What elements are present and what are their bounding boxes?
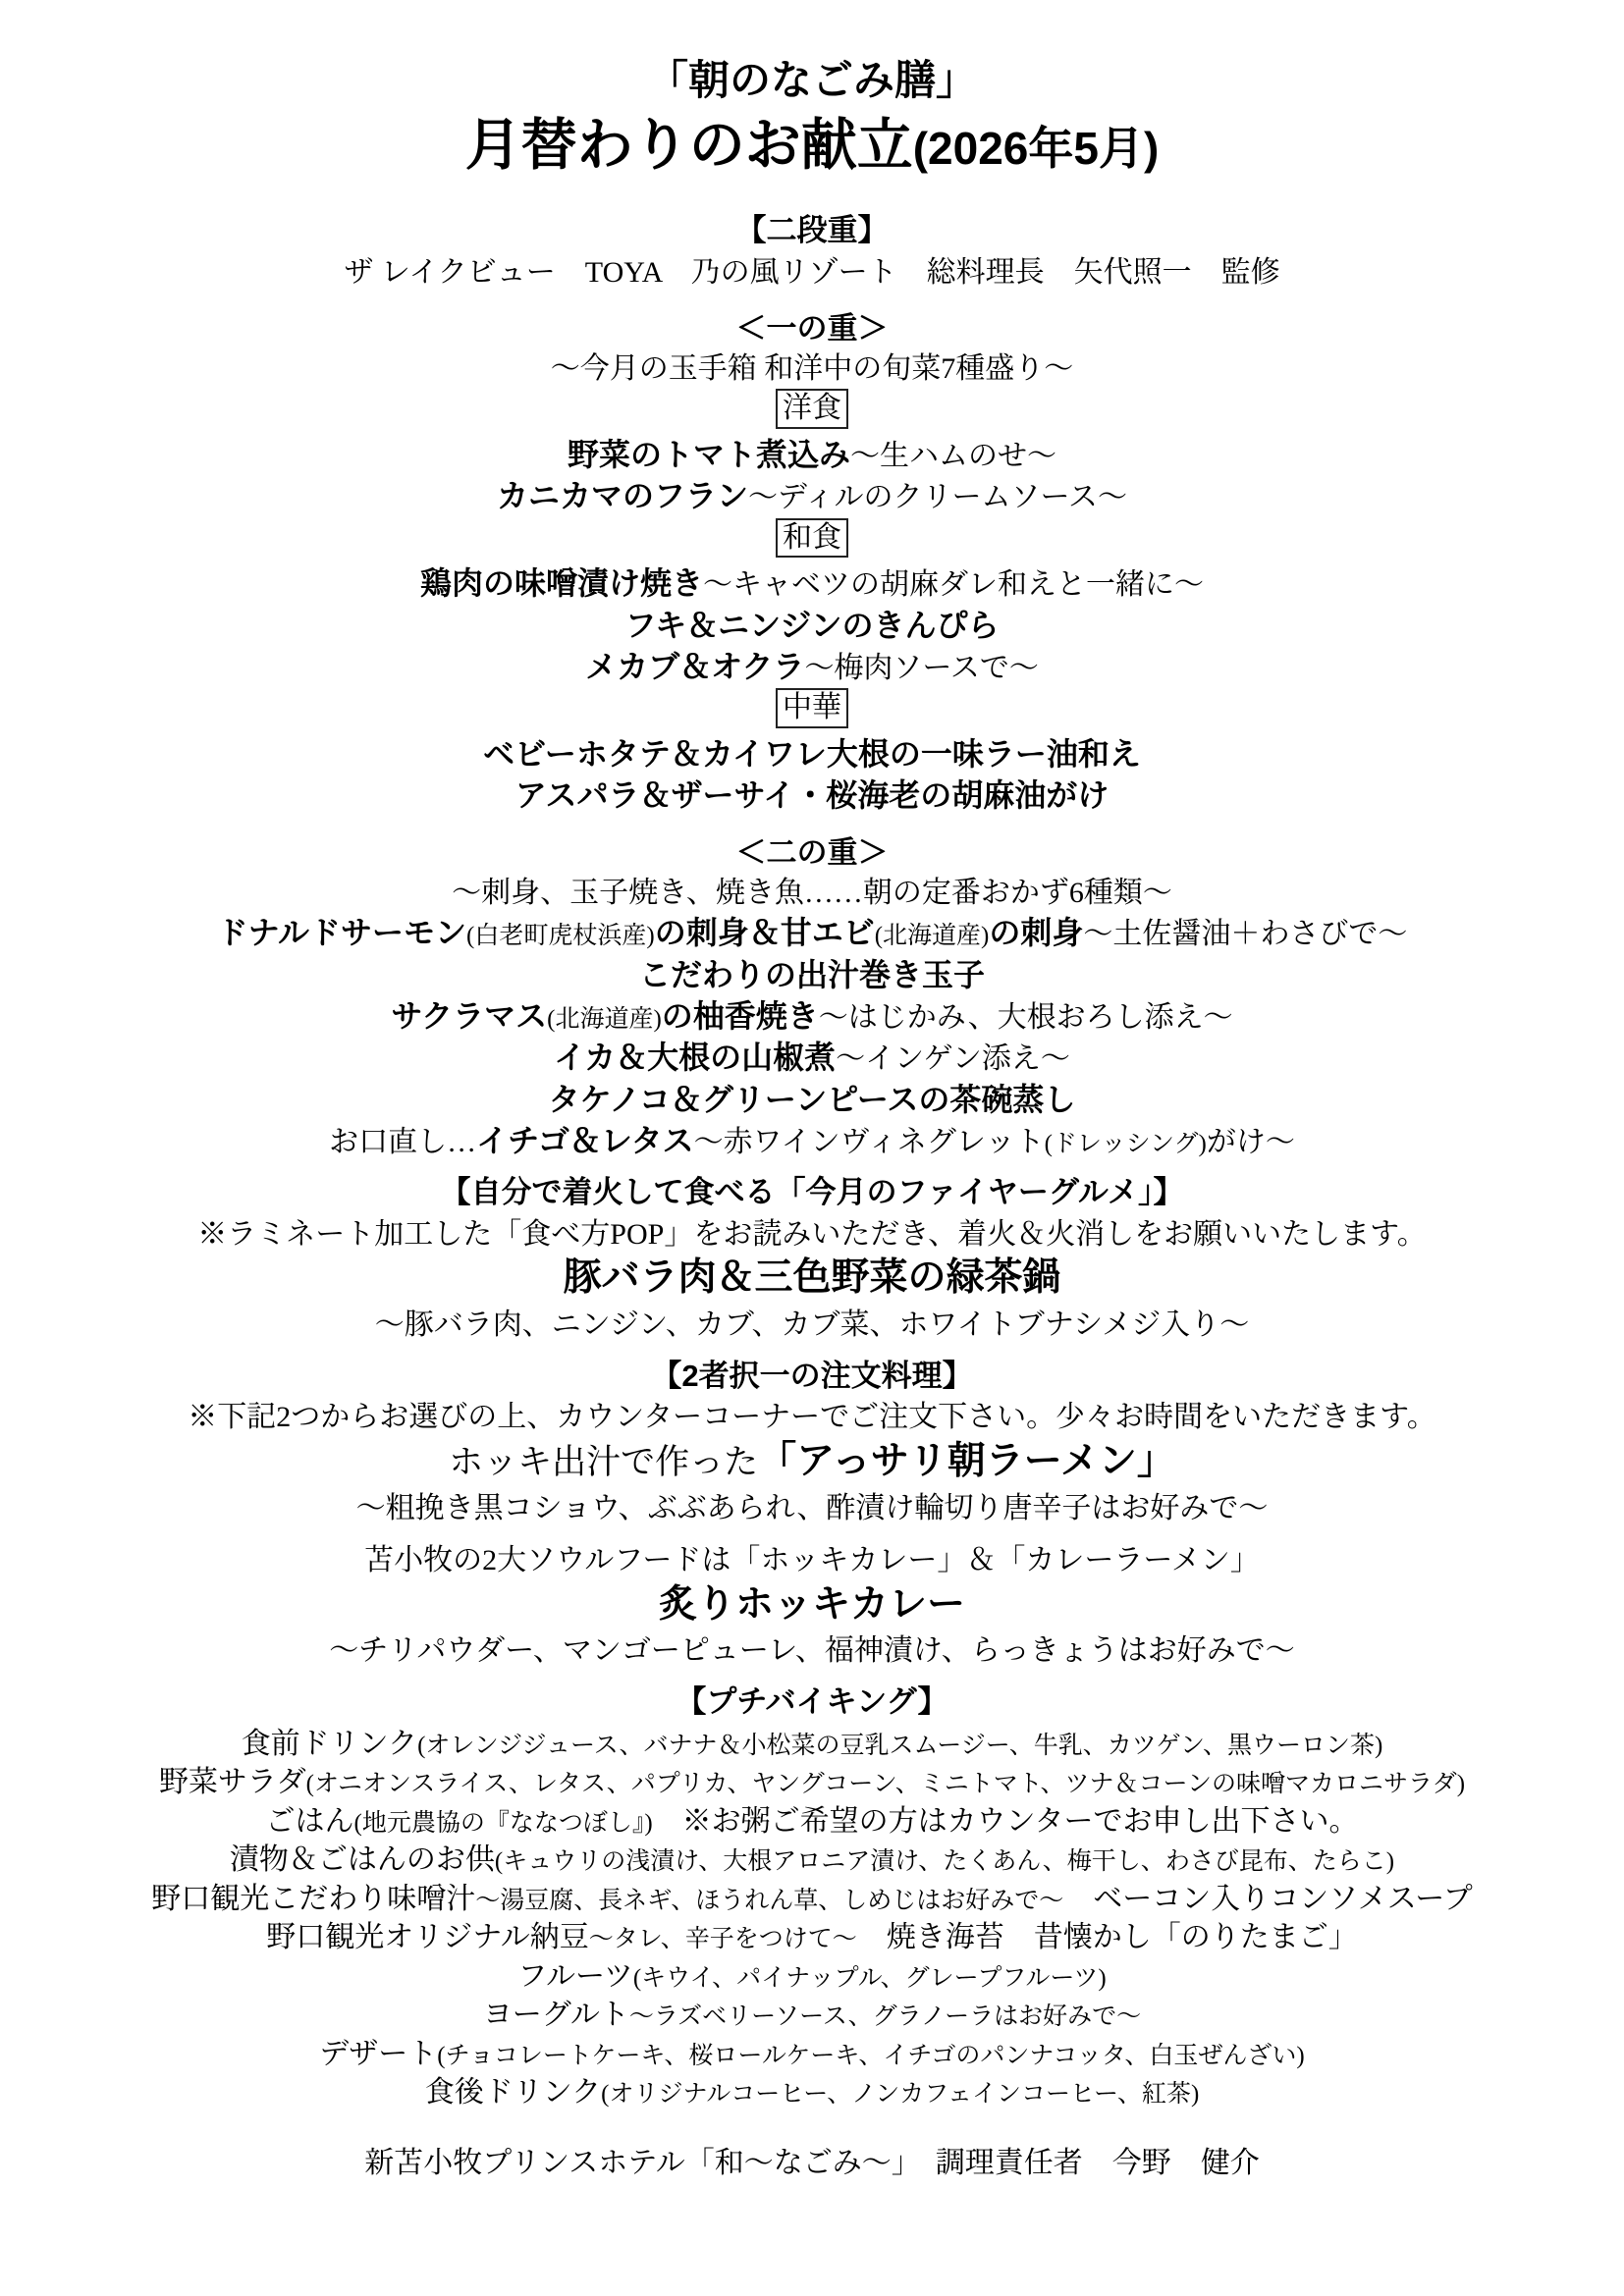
buffet-misoshiru-soup: 野口観光こだわり味噌汁～湯豆腐、長ネギ、ほうれん草、しめじはお好みで～ ベーコン… bbox=[0, 1881, 1624, 1918]
fire-gourmet-note: ※ラミネート加工した「食べ方POP」をお読みいただき、着火＆火消しをお願いいたし… bbox=[0, 1216, 1624, 1254]
text-segment: ～梅肉ソースで～ bbox=[804, 652, 1039, 684]
category-washoku: 和食 bbox=[0, 518, 1624, 559]
text-segment: (オレンジジュース、バナナ＆小松菜の豆乳スムージー、牛乳、カツゲン、黒ウーロン茶… bbox=[417, 1733, 1382, 1759]
text-segment: ～粗挽き黒コショウ、ぶぶあられ、酢漬け輪切り唐辛子はお好みで～ bbox=[356, 1492, 1269, 1524]
ninoju-heading: ＜二の重＞ bbox=[0, 834, 1624, 873]
dish-tomato-nikomi: 野菜のトマト煮込み～生ハムのせ～ bbox=[0, 435, 1624, 475]
text-segment: の刺身＆甘エビ bbox=[655, 915, 875, 950]
text-segment: ～生ハムのせ～ bbox=[850, 440, 1056, 472]
text-segment: 野菜サラダ bbox=[159, 1766, 306, 1798]
text-segment: カニカマのフラン bbox=[497, 478, 748, 513]
text-segment: ～タレ、辛子をつけて～ bbox=[589, 1926, 857, 1952]
fire-gourmet-heading: 【自分で着火して食べる「今月のファイヤーグルメ」】 bbox=[0, 1174, 1624, 1212]
text-segment: (オニオンスライス、レタス、パプリカ、ヤングコーン、ミニトマト、ツナ＆コーンの味… bbox=[306, 1771, 1465, 1797]
text-segment: ～土佐醤油＋わさびで～ bbox=[1083, 918, 1407, 950]
text-segment: 【プチバイキング】 bbox=[676, 1684, 947, 1719]
text-segment: ～豚バラ肉、ニンジン、カブ、カブ菜、ホワイトブナシメジ入り～ bbox=[375, 1308, 1249, 1341]
text-segment: (北海道産) bbox=[875, 923, 990, 949]
assari-ramen-note: ～粗挽き黒コショウ、ぶぶあられ、酢漬け輪切り唐辛子はお好みで～ bbox=[0, 1490, 1624, 1527]
text-segment: の刺身 bbox=[989, 915, 1083, 950]
dish-ichigo-lettuce: お口直し…イチゴ＆レタス～赤ワインヴィネグレット(ドレッシング)がけ～ bbox=[0, 1121, 1624, 1161]
dish-kanikama-flan: カニカマのフラン～ディルのクリームソース～ bbox=[0, 476, 1624, 516]
soulfood-note: 苫小牧の2大ソウルフードは「ホッキカレー」＆「カレーラーメン」 bbox=[0, 1542, 1624, 1579]
text-segment: 鶏肉の味噌漬け焼き bbox=[420, 565, 703, 601]
text-segment: ヨーグルト bbox=[483, 1999, 629, 2031]
text-segment: ベビーホタテ＆カイワレ大根の一味ラー油和え bbox=[483, 736, 1141, 772]
hokki-curry-note: ～チリパウダー、マンゴーピューレ、福神漬け、らっきょうはお好みで～ bbox=[0, 1632, 1624, 1670]
dish-baby-hotate-rayu: ベビーホタテ＆カイワレ大根の一味ラー油和え bbox=[0, 734, 1624, 774]
text-segment: 炙りホッキカレー bbox=[659, 1583, 965, 1626]
text-segment: 【二段重】 bbox=[736, 213, 889, 247]
text-segment: デザート bbox=[319, 2038, 437, 2070]
text-segment: こだわりの出汁巻き玉子 bbox=[639, 957, 985, 992]
dish-takenoko-chawanmushi: タケノコ＆グリーンピースの茶碗蒸し bbox=[0, 1080, 1624, 1119]
ichinoju-subtitle: ～今月の玉手箱 和洋中の旬菜7種盛り～ bbox=[0, 350, 1624, 388]
text-segment: (2026年5月) bbox=[913, 123, 1160, 174]
text-segment: ～ラズベリーソース、グラノーラはお好みで～ bbox=[629, 2003, 1141, 2030]
supervisor-credit: ザ レイクビュー TOYA 乃の風リゾート 総料理長 矢代照一 監修 bbox=[0, 254, 1624, 292]
footer-credit: 新苫小牧プリンスホテル「和～なごみ～」 調理責任者 今野 健介 bbox=[0, 2145, 1624, 2182]
dish-dashimaki-tamago: こだわりの出汁巻き玉子 bbox=[0, 955, 1624, 994]
text-segment: ～赤ワインヴィネグレット bbox=[694, 1126, 1045, 1158]
text-segment: 野口観光オリジナル納豆 bbox=[266, 1921, 589, 1953]
choice-note: ※下記2つからお選びの上、カウンターコーナーでご注文下さい。少々お時間をいただき… bbox=[0, 1399, 1624, 1436]
text-segment: お口直し… bbox=[329, 1126, 476, 1158]
category-box: 洋食 bbox=[776, 389, 848, 429]
text-segment: ごはん bbox=[266, 1805, 354, 1838]
text-segment: 野口観光こだわり味噌汁 bbox=[151, 1883, 475, 1915]
buffet-salad: 野菜サラダ(オニオンスライス、レタス、パプリカ、ヤングコーン、ミニトマト、ツナ＆… bbox=[0, 1764, 1624, 1801]
ichinoju-heading: ＜一の重＞ bbox=[0, 310, 1624, 348]
text-segment: ～刺身、玉子焼き、焼き魚……朝の定番おかず6種類～ bbox=[452, 877, 1172, 909]
text-segment: 野菜のトマト煮込み bbox=[568, 437, 850, 472]
buffet-heading: 【プチバイキング】 bbox=[0, 1683, 1624, 1722]
text-segment: フルーツ bbox=[517, 1960, 633, 1993]
category-chuka: 中華 bbox=[0, 688, 1624, 728]
text-segment: (チョコレートケーキ、桜ロールケーキ、イチゴのパンナコッタ、白玉ぜんざい) bbox=[437, 2043, 1304, 2069]
text-segment: アスパラ＆ザーサイ・桜海老の胡麻油がけ bbox=[515, 777, 1109, 813]
dish-salmon-amaebi-sashimi: ドナルドサーモン(白老町虎杖浜産)の刺身＆甘エビ(北海道産)の刺身～土佐醤油＋わ… bbox=[0, 913, 1624, 953]
buffet-natto-nori: 野口観光オリジナル納豆～タレ、辛子をつけて～ 焼き海苔 昔懐かし「のりたまご」 bbox=[0, 1919, 1624, 1956]
dish-aburi-hokki-curry: 炙りホッキカレー bbox=[0, 1581, 1624, 1629]
text-segment: ＜一の重＞ bbox=[736, 311, 889, 346]
menu-lines: 「朝のなごみ膳」月替わりのお献立(2026年5月)【二段重】ザ レイクビュー T… bbox=[0, 55, 1624, 2181]
text-segment: サクラマス bbox=[391, 998, 547, 1034]
nidanju-heading: 【二段重】 bbox=[0, 212, 1624, 250]
text-segment: (地元農協の『ななつぼし』) bbox=[354, 1810, 653, 1837]
buffet-dessert: デザート(チョコレートケーキ、桜ロールケーキ、イチゴのパンナコッタ、白玉ぜんざい… bbox=[0, 2036, 1624, 2073]
text-segment: ※ラミネート加工した「食べ方POP」をお読みいただき、着火＆火消しをお願いいたし… bbox=[197, 1218, 1426, 1251]
text-segment: ～チリパウダー、マンゴーピューレ、福神漬け、らっきょうはお好みで～ bbox=[329, 1634, 1294, 1667]
text-segment: 【自分で着火して食べる「今月のファイヤーグルメ」】 bbox=[440, 1175, 1183, 1209]
dish-mekabu-okra: メカブ＆オクラ～梅肉ソースで～ bbox=[0, 647, 1624, 687]
text-segment: (白老町虎杖浜産) bbox=[466, 923, 655, 949]
text-segment: (キュウリの浅漬け、大根アロニア漬け、たくあん、梅干し、わさび昆布、たらこ) bbox=[495, 1848, 1394, 1875]
text-segment: ～ディルのクリームソース～ bbox=[748, 481, 1127, 513]
buffet-fruits: フルーツ(キウイ、パイナップル、グレープフルーツ) bbox=[0, 1958, 1624, 1996]
text-segment: ～インゲン添え～ bbox=[836, 1042, 1070, 1075]
text-segment: ドナルドサーモン bbox=[217, 915, 466, 950]
text-segment: 「朝のなごみ膳」 bbox=[647, 57, 977, 103]
buffet-yogurt: ヨーグルト～ラズベリーソース、グラノーラはお好みで～ bbox=[0, 1997, 1624, 2034]
text-segment: (キウイ、パイナップル、グレープフルーツ) bbox=[633, 1965, 1107, 1992]
text-segment: タケノコ＆グリーンピースの茶碗蒸し bbox=[549, 1082, 1076, 1117]
text-segment: (北海道産) bbox=[547, 1006, 662, 1033]
text-segment: ザ レイクビュー TOYA 乃の風リゾート 総料理長 矢代照一 監修 bbox=[344, 256, 1279, 289]
dish-asupara-zasai: アスパラ＆ザーサイ・桜海老の胡麻油がけ bbox=[0, 775, 1624, 815]
category-box: 和食 bbox=[776, 518, 848, 559]
dish-sakuramasu-yuko: サクラマス(北海道産)の柚香焼き～はじかみ、大根おろし添え～ bbox=[0, 996, 1624, 1037]
menu-document: 「朝のなごみ膳」月替わりのお献立(2026年5月)【二段重】ザ レイクビュー T… bbox=[0, 0, 1624, 2296]
dish-butabara-ryokucha-nabe: 豚バラ肉＆三色野菜の緑茶鍋 bbox=[0, 1255, 1624, 1303]
text-segment: 新苫小牧プリンスホテル「和～なごみ～」 調理責任者 今野 健介 bbox=[364, 2147, 1259, 2179]
text-segment: ～湯豆腐、長ネギ、ほうれん草、しめじはお好みで～ bbox=[475, 1888, 1063, 1914]
dish-assari-asa-ramen: ホッキ出汁で作った「アっサリ朝ラーメン」 bbox=[0, 1438, 1624, 1486]
main-title-quoted: 「朝のなごみ膳」 bbox=[0, 55, 1624, 107]
butabara-nabe-note: ～豚バラ肉、ニンジン、カブ、カブ菜、ホワイトブナシメジ入り～ bbox=[0, 1307, 1624, 1344]
text-segment: イチゴ＆レタス bbox=[476, 1123, 693, 1158]
text-segment: ベーコン入りコンソメスープ bbox=[1063, 1883, 1472, 1915]
text-segment: 食後ドリンク bbox=[425, 2076, 601, 2109]
buffet-after-drink: 食後ドリンク(オリジナルコーヒー、ノンカフェインコーヒー、紅茶) bbox=[0, 2074, 1624, 2111]
buffet-tsukemono: 漬物＆ごはんのお供(キュウリの浅漬け、大根アロニア漬け、たくあん、梅干し、わさび… bbox=[0, 1842, 1624, 1879]
category-yoshoku: 洋食 bbox=[0, 389, 1624, 429]
text-segment: メカブ＆オクラ bbox=[585, 649, 804, 684]
text-segment: 焼き海苔 昔懐かし「のりたまご」 bbox=[857, 1921, 1358, 1953]
dish-chicken-misozuke: 鶏肉の味噌漬け焼き～キャベツの胡麻ダレ和えと一緒に～ bbox=[0, 563, 1624, 604]
text-segment: 【2者択一の注文料理】 bbox=[651, 1359, 972, 1393]
ninoju-subtitle: ～刺身、玉子焼き、焼き魚……朝の定番おかず6種類～ bbox=[0, 875, 1624, 912]
dish-ika-daikon-sansho: イカ＆大根の山椒煮～インゲン添え～ bbox=[0, 1038, 1624, 1078]
text-segment: ～今月の玉手箱 和洋中の旬菜7種盛り～ bbox=[551, 352, 1074, 385]
buffet-pre-drink: 食前ドリンク(オレンジジュース、バナナ＆小松菜の豆乳スムージー、牛乳、カツゲン、… bbox=[0, 1726, 1624, 1763]
text-segment: ～はじかみ、大根おろし添え～ bbox=[819, 1001, 1233, 1034]
text-segment: ※お粥ご希望の方はカウンターでお申し出下さい。 bbox=[653, 1805, 1359, 1838]
text-segment: イカ＆大根の山椒煮 bbox=[554, 1040, 836, 1075]
text-segment: 苫小牧の2大ソウルフードは「ホッキカレー」＆「カレーラーメン」 bbox=[364, 1544, 1260, 1576]
text-segment: ホッキ出汁で作った bbox=[449, 1443, 758, 1481]
text-segment: 漬物＆ごはんのお供 bbox=[230, 1843, 495, 1876]
text-segment: ～キャベツの胡麻ダレ和えと一緒に～ bbox=[703, 568, 1204, 601]
text-segment: の柚香焼き bbox=[662, 998, 819, 1034]
text-segment: (オリジナルコーヒー、ノンカフェインコーヒー、紅茶) bbox=[601, 2081, 1199, 2108]
main-title: 月替わりのお献立(2026年5月) bbox=[0, 111, 1624, 181]
text-segment: フキ＆ニンジンのきんぴら bbox=[624, 608, 999, 643]
text-segment: (ドレッシング) bbox=[1045, 1131, 1207, 1157]
text-segment: 「アっサリ朝ラーメン」 bbox=[758, 1440, 1175, 1482]
buffet-gohan: ごはん(地元農協の『ななつぼし』) ※お粥ご希望の方はカウンターでお申し出下さい… bbox=[0, 1803, 1624, 1841]
text-segment: がけ～ bbox=[1207, 1126, 1295, 1158]
text-segment: ＜二の重＞ bbox=[736, 835, 889, 870]
text-segment: ※下記2つからお選びの上、カウンターコーナーでご注文下さい。少々お時間をいただき… bbox=[188, 1401, 1435, 1433]
text-segment: 食前ドリンク bbox=[242, 1728, 417, 1760]
category-box: 中華 bbox=[776, 688, 848, 728]
dish-fuki-ninjin-kinpira: フキ＆ニンジンのきんぴら bbox=[0, 606, 1624, 645]
text-segment: 月替わりのお献立 bbox=[465, 114, 913, 177]
text-segment: 豚バラ肉＆三色野菜の緑茶鍋 bbox=[563, 1256, 1060, 1299]
choice-heading: 【2者択一の注文料理】 bbox=[0, 1358, 1624, 1396]
